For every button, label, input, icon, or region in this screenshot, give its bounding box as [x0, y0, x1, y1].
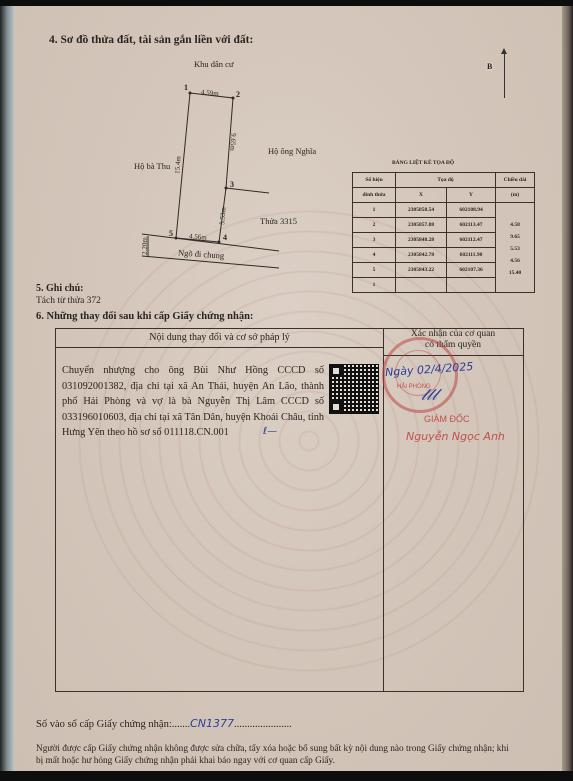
change-entry-text: Chuyển nhượng cho ông Bùi Như Hồng CCCD … — [62, 363, 324, 441]
lengths-cell: 4.58 9.65 5.53 4.56 15.40 — [496, 203, 535, 293]
header-point-id-1: Số hiệu — [353, 173, 396, 188]
length-value: 5.53 — [496, 243, 534, 255]
row-y: 602112.47 — [447, 233, 496, 248]
section-6-title: 6. Những thay đổi sau khi cấp Giấy chứng… — [36, 311, 253, 322]
point-2-label: 2 — [236, 90, 240, 99]
length-value: 4.58 — [496, 219, 534, 231]
length-value: 9.65 — [496, 231, 534, 243]
length-value: 4.56 — [496, 255, 534, 267]
row-x: 2305843.22 — [396, 263, 447, 278]
neighbor-left-label: Hộ bà Thu — [134, 161, 170, 171]
point-4-label: 4 — [223, 233, 227, 242]
register-line: Số vào sổ cấp Giấy chứng nhận:.......CN1… — [36, 717, 292, 730]
edge-4-5-length: 4.56m — [189, 232, 207, 242]
row-x: 2305848.28 — [396, 233, 447, 248]
neighbor-top-label: Khu dân cư — [194, 59, 234, 69]
neighbor-right-label: Hộ ông Nghĩa — [268, 146, 316, 156]
header-length-1: Chiều dài — [496, 173, 535, 188]
row-y: 602111.90 — [447, 248, 496, 263]
neighbor-lot-label: Thửa 3315 — [260, 216, 297, 226]
row-id: 1 — [353, 278, 396, 293]
row-id: 5 — [353, 263, 396, 278]
edge-3-4-length: 5.53m — [218, 207, 228, 225]
header-point-id-2: đỉnh thửa — [353, 188, 396, 203]
table-row: 1 2305858.54 602108.94 4.58 9.65 5.53 4.… — [353, 203, 535, 218]
header-line — [56, 347, 383, 348]
edge-2-3-length: 9.65m — [228, 133, 238, 151]
initial-mark: ℓ— — [263, 426, 277, 437]
register-number: CN1377 — [190, 717, 234, 730]
row-y: 602113.47 — [447, 218, 496, 233]
row-x: 2305857.88 — [396, 218, 447, 233]
point-5-label: 5 — [169, 229, 173, 238]
point-3-label: 3 — [230, 180, 234, 189]
header-length-2: (m) — [496, 188, 535, 203]
signer-name: Nguyễn Ngọc Anh — [406, 430, 505, 443]
edge-1-2-length: 4.59m — [201, 88, 219, 98]
section-5-title: 5. Ghi chú: — [36, 283, 84, 294]
row-x: 2305842.78 — [396, 248, 447, 263]
length-value: 15.40 — [496, 267, 534, 279]
row-y — [447, 278, 496, 293]
row-y: 602108.94 — [447, 203, 496, 218]
warning-text: Người được cấp Giấy chứng nhận không đượ… — [36, 744, 511, 767]
row-id: 4 — [353, 248, 396, 263]
row-id: 1 — [353, 203, 396, 218]
header-coords: Tọa độ — [396, 173, 496, 188]
qr-code — [330, 365, 378, 413]
coord-table-title: BẢNG LIỆT KÊ TỌA ĐỘ — [392, 160, 454, 166]
page-edge-left — [0, 6, 14, 771]
page-edge-right — [562, 6, 573, 771]
changes-table: Nội dung thay đổi và cơ sở pháp lý Xác n… — [55, 328, 524, 692]
changes-col1-header: Nội dung thay đổi và cơ sở pháp lý — [56, 332, 383, 343]
signer-title: GIÁM ĐỐC — [424, 414, 470, 424]
register-label: Số vào sổ cấp Giấy chứng nhận: — [36, 719, 172, 730]
register-dots-right: ...................... — [234, 719, 292, 730]
row-id: 3 — [353, 233, 396, 248]
section-5-note: Tách từ thửa 372 — [36, 296, 101, 306]
row-x: 2305858.54 — [396, 203, 447, 218]
header-y: Y — [447, 188, 496, 203]
coord-table: Số hiệu Tọa độ Chiều dài đỉnh thửa X Y (… — [352, 172, 535, 293]
register-dots-left: ....... — [172, 719, 190, 730]
signature: 𝓁𝓁𝓁 — [421, 385, 437, 405]
row-y: 602107.36 — [447, 263, 496, 278]
col2-header-line1: Xác nhận của cơ quan — [383, 329, 523, 340]
certificate-page: 4. Sơ đồ thửa đất, tài sản gắn liền với … — [14, 6, 562, 771]
point-1-label: 1 — [184, 83, 188, 92]
header-x: X — [396, 188, 447, 203]
edge-5-1-length: 15.4m — [173, 156, 183, 174]
row-x — [396, 278, 447, 293]
road-width-length: 2.20m — [141, 237, 149, 255]
row-id: 2 — [353, 218, 396, 233]
